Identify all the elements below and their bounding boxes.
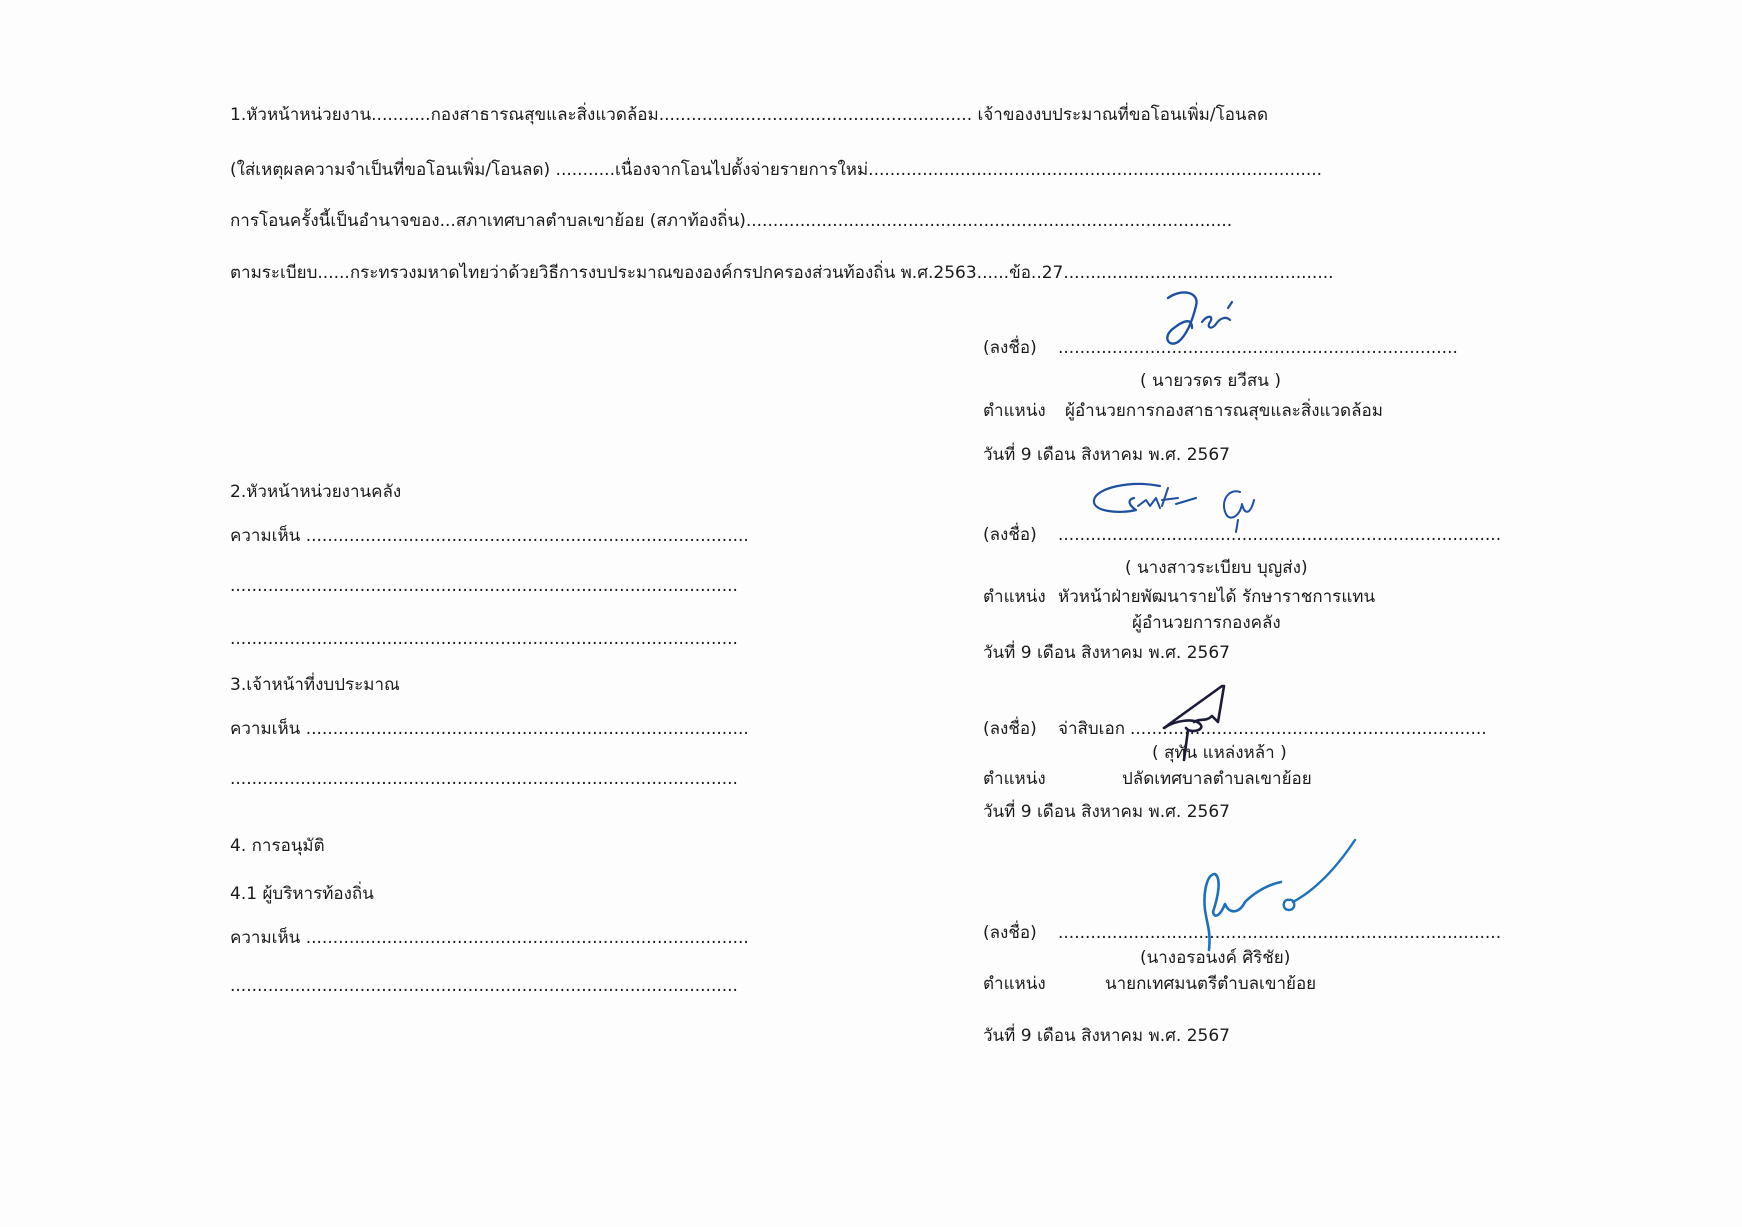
signer4-position-label: ตำแหน่ง (983, 973, 1046, 995)
signer4-name: (นางอรอนงค์ ศิริชัย) (1140, 947, 1290, 969)
signer2-sign-label: (ลงชื่อ) (983, 524, 1037, 546)
section2-opinion[interactable]: ความเห็น ...............................… (230, 525, 749, 547)
section1-line3: การโอนครั้งนี้เป็นอำนาจของ...สภาเทศบาลตำ… (230, 210, 1232, 232)
signer3-position: ปลัดเทศบาลตำบลเขาย้อย (1122, 768, 1312, 790)
section4-blank-line-1[interactable]: ........................................… (230, 975, 738, 997)
signer3-position-label: ตำแหน่ง (983, 768, 1046, 790)
signer3-rank: จ่าสิบเอก (1058, 718, 1125, 740)
signer2-sign-line: ........................................… (1058, 524, 1501, 546)
section1-line4: ตามระเบียบ......กระทรวงมหาดไทยว่าด้วยวิธ… (230, 262, 1334, 284)
signer2-position-label: ตำแหน่ง (983, 586, 1046, 608)
signer1-position-label: ตำแหน่ง (983, 400, 1046, 422)
signer3-name: ( สุทัน แหล่งหล้า ) (1152, 742, 1287, 764)
section4-subheading: 4.1 ผู้บริหารท้องถิ่น (230, 883, 374, 905)
section4-opinion[interactable]: ความเห็น ...............................… (230, 927, 749, 949)
signer3-sign-line: ........................................… (1130, 718, 1487, 740)
signer1-position: ผู้อำนวยการกองสาธารณสุขและสิ่งแวดล้อม (1065, 400, 1383, 422)
section1-line2: (ใส่เหตุผลความจำเป็นที่ขอโอนเพิ่ม/โอนลด)… (230, 159, 1322, 181)
signer2-position-line2: ผู้อำนวยการกองคลัง (1132, 612, 1281, 634)
signer2-position: หัวหน้าฝ่ายพัฒนารายได้ รักษาราชการแทน (1058, 586, 1375, 608)
signer1-date: วันที่ 9 เดือน สิงหาคม พ.ศ. 2567 (983, 444, 1230, 466)
section3-blank-line-1[interactable]: ........................................… (230, 768, 738, 790)
section3-heading: 3.เจ้าหน้าที่งบประมาณ (230, 674, 400, 696)
signer4-date: วันที่ 9 เดือน สิงหาคม พ.ศ. 2567 (983, 1025, 1230, 1047)
section1-line1: 1.หัวหน้าหน่วยงาน...........กองสาธารณสุข… (230, 104, 1268, 126)
signer4-position: นายกเทศมนตรีตำบลเขาย้อย (1105, 973, 1316, 995)
section3-opinion[interactable]: ความเห็น ...............................… (230, 718, 749, 740)
signer1-sign-label: (ลงชื่อ) (983, 337, 1037, 359)
signer4-sign-line: ........................................… (1058, 922, 1501, 944)
section2-heading: 2.หัวหน้าหน่วยงานคลัง (230, 481, 401, 503)
section2-blank-line-1[interactable]: ........................................… (230, 575, 738, 597)
section2-blank-line-2[interactable]: ........................................… (230, 628, 738, 650)
signer1-sign-line: ........................................… (1058, 337, 1458, 359)
signer2-date: วันที่ 9 เดือน สิงหาคม พ.ศ. 2567 (983, 642, 1230, 664)
signer3-sign-label: (ลงชื่อ) (983, 718, 1037, 740)
signer3-date: วันที่ 9 เดือน สิงหาคม พ.ศ. 2567 (983, 801, 1230, 823)
signer2-name: ( นางสาวระเบียบ บุญส่ง) (1125, 557, 1308, 579)
section4-heading: 4. การอนุมัติ (230, 835, 325, 857)
signer4-sign-label: (ลงชื่อ) (983, 922, 1037, 944)
signer1-name: ( นายวรดร ยวีสน ) (1140, 370, 1281, 392)
